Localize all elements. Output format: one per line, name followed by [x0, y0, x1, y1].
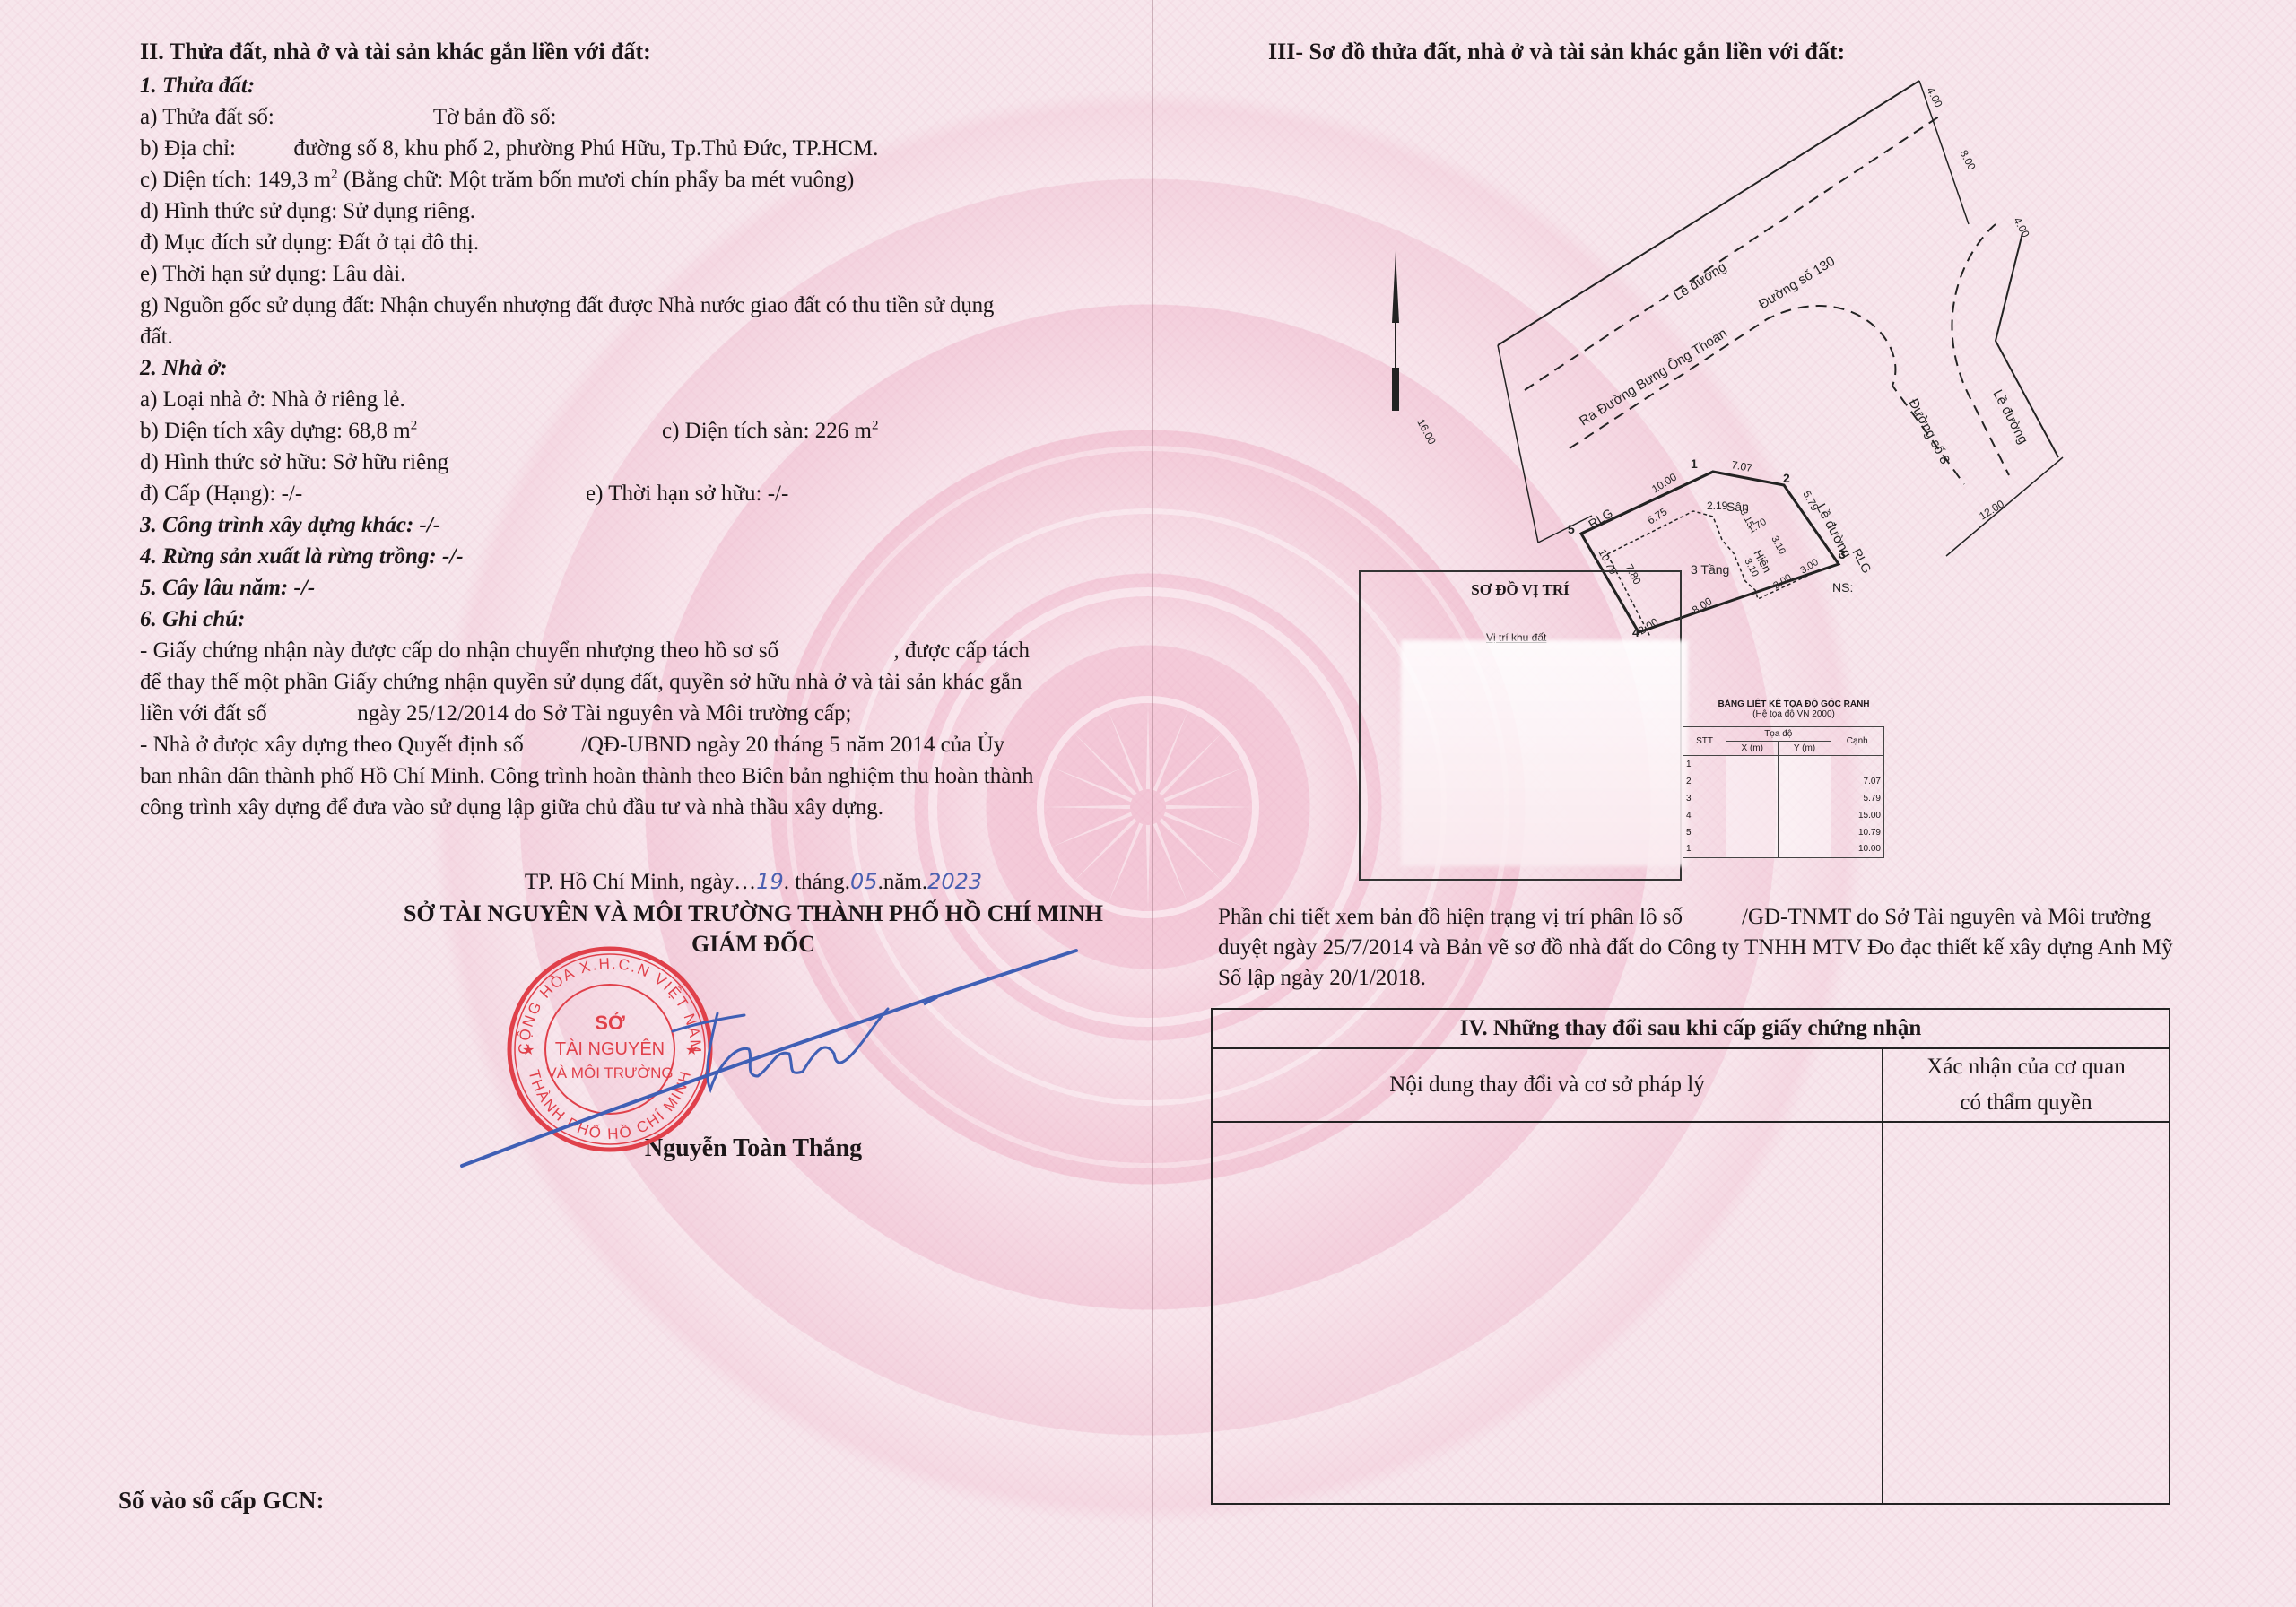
area-value: 149,3 m: [257, 168, 331, 192]
year-label: năm: [883, 870, 922, 894]
col-y: Y (m): [1779, 742, 1831, 756]
svg-text:NS:: NS:: [1832, 580, 1853, 595]
note2-text-b: /QĐ-UBND ngày 20 tháng 5 năm 2014 của Ủy: [581, 733, 1004, 757]
svg-text:16.00: 16.00: [1414, 417, 1439, 447]
note1-line2: để thay thế một phần Giấy chứng nhận quy…: [140, 666, 1134, 698]
built-area-label: b) Diện tích xây dựng:: [140, 419, 343, 443]
note1-line3: liền với đất số ngày 25/12/2014 do Sở Tà…: [140, 698, 1134, 729]
svg-text:1: 1: [1691, 456, 1698, 471]
coord-row: 1: [1683, 756, 1884, 773]
note2-line3: công trình xây dựng để đưa vào sử dụng l…: [140, 792, 1134, 823]
notes-heading: 6. Ghi chú:: [140, 604, 1134, 635]
address-value: đường số 8, khu phố 2, phường Phú Hữu, T…: [293, 136, 878, 161]
changes-content-cell: [1213, 1123, 1883, 1503]
issue-place: TP. Hồ Chí Minh, ngày: [525, 870, 734, 894]
coord-row: 510.79: [1683, 824, 1884, 841]
house-heading: 2. Nhà ở:: [140, 352, 1134, 384]
svg-text:8.00: 8.00: [1690, 595, 1715, 616]
use-purpose: đ) Mục đích sử dụng: Đất ở tại đô thị.: [140, 227, 1134, 258]
detail-reference: Phần chi tiết xem bản đồ hiện trạng vị t…: [1218, 902, 2173, 994]
north-arrow-icon: [1392, 251, 1399, 411]
coord-table-title: BẢNG LIỆT KÊ TỌA ĐỘ GÓC RANH: [1686, 699, 1901, 709]
col-edge: Cạnh: [1831, 727, 1884, 756]
area-line: c) Diện tích: 149,3 m2 (Bằng chữ: Một tr…: [140, 164, 1134, 195]
confirm-line1: Xác nhận của cơ quan: [1883, 1049, 2169, 1085]
svg-text:4.00: 4.00: [2011, 215, 2031, 239]
issue-month: 05: [850, 869, 878, 894]
svg-text:12.00: 12.00: [1977, 498, 2006, 523]
issuing-authority: SỞ TÀI NGUYÊN VÀ MÔI TRƯỜNG THÀNH PHỐ HỒ…: [359, 899, 1148, 929]
issue-date: TP. Hồ Chí Minh, ngày…19. tháng.05.năm.2…: [359, 865, 1148, 899]
handwritten-signature: [448, 933, 1094, 1184]
changes-col-confirmation: Xác nhận của cơ quan có thẩm quyền: [1883, 1049, 2169, 1121]
svg-text:7.07: 7.07: [1730, 458, 1753, 474]
changes-body: [1213, 1123, 2169, 1503]
land-origin-2: đất.: [140, 321, 1134, 352]
address-line: b) Địa chỉ: đường số 8, khu phố 2, phườn…: [140, 133, 1134, 164]
address-label: b) Địa chỉ:: [140, 136, 236, 161]
col-stt: STT: [1683, 727, 1726, 756]
land-plot-diagram: 1 2 3 4 5 Lề đường Đường số 130 Ra Đường…: [1345, 54, 2090, 637]
other-works: 3. Công trình xây dựng khác: -/-: [140, 509, 1134, 541]
coord-row: 27.07: [1683, 773, 1884, 790]
svg-text:5: 5: [1568, 522, 1575, 536]
svg-text:8.00: 8.00: [1957, 148, 1978, 172]
use-form: d) Hình thức sử dụng: Sử dụng riêng.: [140, 195, 1134, 227]
svg-text:Đường số 8: Đường số 8: [1905, 396, 1952, 467]
note1-text-d: liền với đất số: [140, 701, 267, 725]
center-fold: [1152, 0, 1153, 1607]
coordinate-table: BẢNG LIỆT KÊ TỌA ĐỘ GÓC RANH (Hệ tọa độ …: [1686, 699, 1901, 858]
built-area-sup: 2: [411, 419, 418, 433]
coord-table-subtitle: (Hệ tọa độ VN 2000): [1686, 709, 1901, 719]
svg-text:RLG: RLG: [1586, 506, 1615, 532]
note1-text-a: - Giấy chứng nhận này được cấp do nhận c…: [140, 638, 778, 663]
svg-text:Lề đường: Lề đường: [1671, 259, 1729, 303]
note2-line1: - Nhà ở được xây dựng theo Quyết định số…: [140, 729, 1134, 760]
svg-text:3 Tầng: 3 Tầng: [1691, 562, 1729, 577]
changes-confirm-cell: [1883, 1123, 2169, 1503]
changes-table: IV. Những thay đổi sau khi cấp giấy chứn…: [1211, 1008, 2170, 1505]
note2-line2: ban nhân dân thành phố Hồ Chí Minh. Công…: [140, 760, 1134, 792]
note1-text-b: , được cấp tách: [893, 638, 1030, 663]
planted-forest: 4. Rừng sản xuất là rừng trồng: -/-: [140, 541, 1134, 572]
house-type: a) Loại nhà ở: Nhà ở riêng lẻ.: [140, 384, 1134, 415]
ownership-form: d) Hình thức sở hữu: Sở hữu riêng: [140, 447, 1134, 478]
section-ii-title: II. Thửa đất, nhà ở và tài sản khác gắn …: [140, 34, 1134, 70]
note1-line1: - Giấy chứng nhận này được cấp do nhận c…: [140, 635, 1134, 666]
house-grade: đ) Cấp (Hạng): -/-: [140, 482, 302, 506]
location-map-title: SƠ ĐỒ VỊ TRÍ: [1361, 581, 1680, 599]
floor-area-sup: 2: [872, 419, 879, 433]
left-page: II. Thửa đất, nhà ở và tài sản khác gắn …: [140, 34, 1134, 823]
svg-text:3.10: 3.10: [1769, 534, 1787, 557]
svg-text:6.75: 6.75: [1645, 505, 1670, 526]
parcel-line: a) Thửa đất số: Tờ bản đồ số:: [140, 101, 1134, 133]
svg-text:4.00: 4.00: [1924, 85, 1944, 109]
month-label: tháng: [795, 870, 845, 894]
detail-text-a: Phần chi tiết xem bản đồ hiện trạng vị t…: [1218, 905, 1683, 929]
svg-text:Lề đường: Lề đường: [1813, 501, 1854, 560]
ownership-term: e) Thời hạn sở hữu: -/-: [586, 478, 788, 509]
svg-text:RLG: RLG: [1849, 546, 1874, 576]
issue-year: 2023: [927, 869, 982, 894]
col-coord: Tọa độ: [1726, 727, 1831, 742]
svg-text:2.00: 2.00: [1771, 572, 1794, 592]
floor-area: c) Diện tích sàn: 226 m2: [662, 415, 878, 447]
note1-text-e: ngày 25/12/2014 do Sở Tài nguyên và Môi …: [357, 701, 851, 725]
area-sup: 2: [331, 168, 338, 182]
redacted-location-map: [1401, 640, 1688, 866]
changes-header: Nội dung thay đổi và cơ sở pháp lý Xác n…: [1213, 1049, 2169, 1123]
floor-area-value: 226 m: [815, 419, 872, 443]
floor-area-label: c) Diện tích sàn:: [662, 419, 810, 443]
svg-text:2: 2: [1783, 471, 1790, 485]
coord-row: 415.00: [1683, 807, 1884, 824]
land-heading: 1. Thửa đất:: [140, 70, 1134, 101]
map-sheet-label: Tờ bản đồ số:: [433, 105, 557, 129]
area-label: c) Diện tích:: [140, 168, 252, 192]
area-words: (Bằng chữ: Một trăm bốn mươi chín phẩy b…: [344, 168, 854, 192]
changes-col-content: Nội dung thay đổi và cơ sở pháp lý: [1213, 1049, 1883, 1121]
svg-text:10.00: 10.00: [1649, 471, 1679, 496]
issue-day: 19: [756, 869, 784, 894]
coord-row: 35.79: [1683, 790, 1884, 807]
grade-line: đ) Cấp (Hạng): -/- e) Thời hạn sở hữu: -…: [140, 478, 1134, 509]
note2-text-a: - Nhà ở được xây dựng theo Quyết định số: [140, 733, 524, 757]
svg-text:Đường số 130: Đường số 130: [1756, 254, 1838, 313]
svg-text:2.19: 2.19: [1707, 499, 1728, 512]
coord-row: 110.00: [1683, 841, 1884, 858]
changes-title: IV. Những thay đổi sau khi cấp giấy chứn…: [1213, 1010, 2169, 1049]
built-area-value: 68,8 m: [348, 419, 410, 443]
perennial-trees: 5. Cây lâu năm: -/-: [140, 572, 1134, 604]
parcel-label: a) Thửa đất số:: [140, 105, 274, 129]
col-x: X (m): [1726, 742, 1779, 756]
registry-number-label: Số vào sổ cấp GCN:: [118, 1487, 325, 1515]
house-area-line: b) Diện tích xây dựng: 68,8 m2 c) Diện t…: [140, 415, 1134, 447]
confirm-line2: có thẩm quyền: [1883, 1085, 2169, 1121]
use-term: e) Thời hạn sử dụng: Lâu dài.: [140, 258, 1134, 290]
land-origin-1: g) Nguồn gốc sử dụng đất: Nhận chuyển nh…: [140, 290, 1134, 321]
